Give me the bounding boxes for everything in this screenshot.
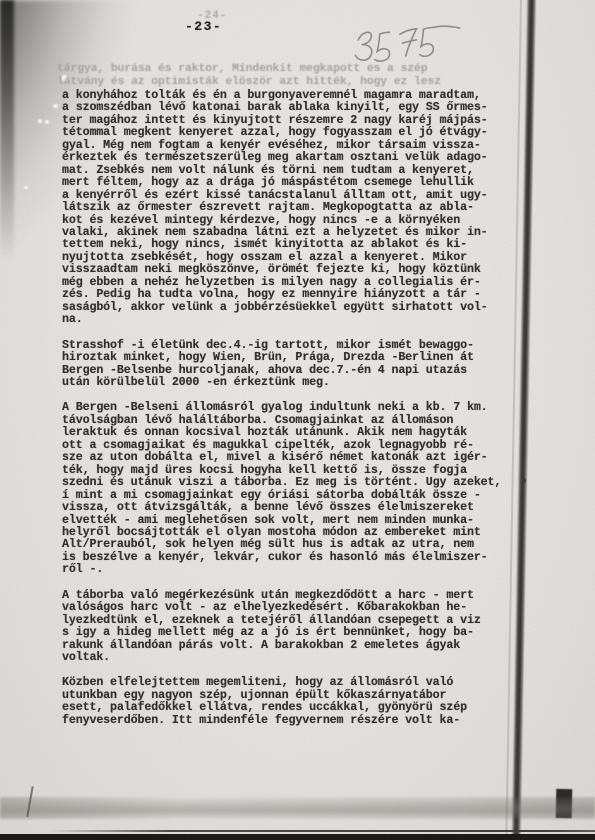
paper-speck [38,119,42,123]
paper-speck [53,104,58,108]
scanned-document-page: -24- -23- tárgya, burása és raktor, Mind… [0,0,595,840]
bottom-edge-line [48,830,595,832]
scan-shadow-left-edge [0,0,14,260]
paragraph-2: Strasshof -i életünk dec.4.-ig tartott, … [62,339,546,389]
paragraph-3: A Bergen -Belseni állomásról gyalog indu… [62,401,546,575]
paragraph-1: a konyhához tolták és én a burgonyaverem… [62,89,546,326]
typewritten-text-block: a konyhához tolták és én a burgonyaverem… [62,89,546,739]
bottom-scan-bar [0,834,595,840]
paragraph-5: Közben elfelejtettem megemliteni, hogy a… [62,676,546,726]
paper-speck [24,186,28,189]
paper-speck [45,120,49,124]
paragraph-4: A táborba való megérkezésünk után megkez… [62,589,546,664]
page-number: -23- [185,19,222,34]
ink-dot [522,478,526,483]
scratch-mark [26,786,33,817]
ghost-bleedthrough-text: tárgya, burása és raktor, Mindenkit megk… [57,63,547,88]
bottom-right-ink-blob [556,789,573,818]
